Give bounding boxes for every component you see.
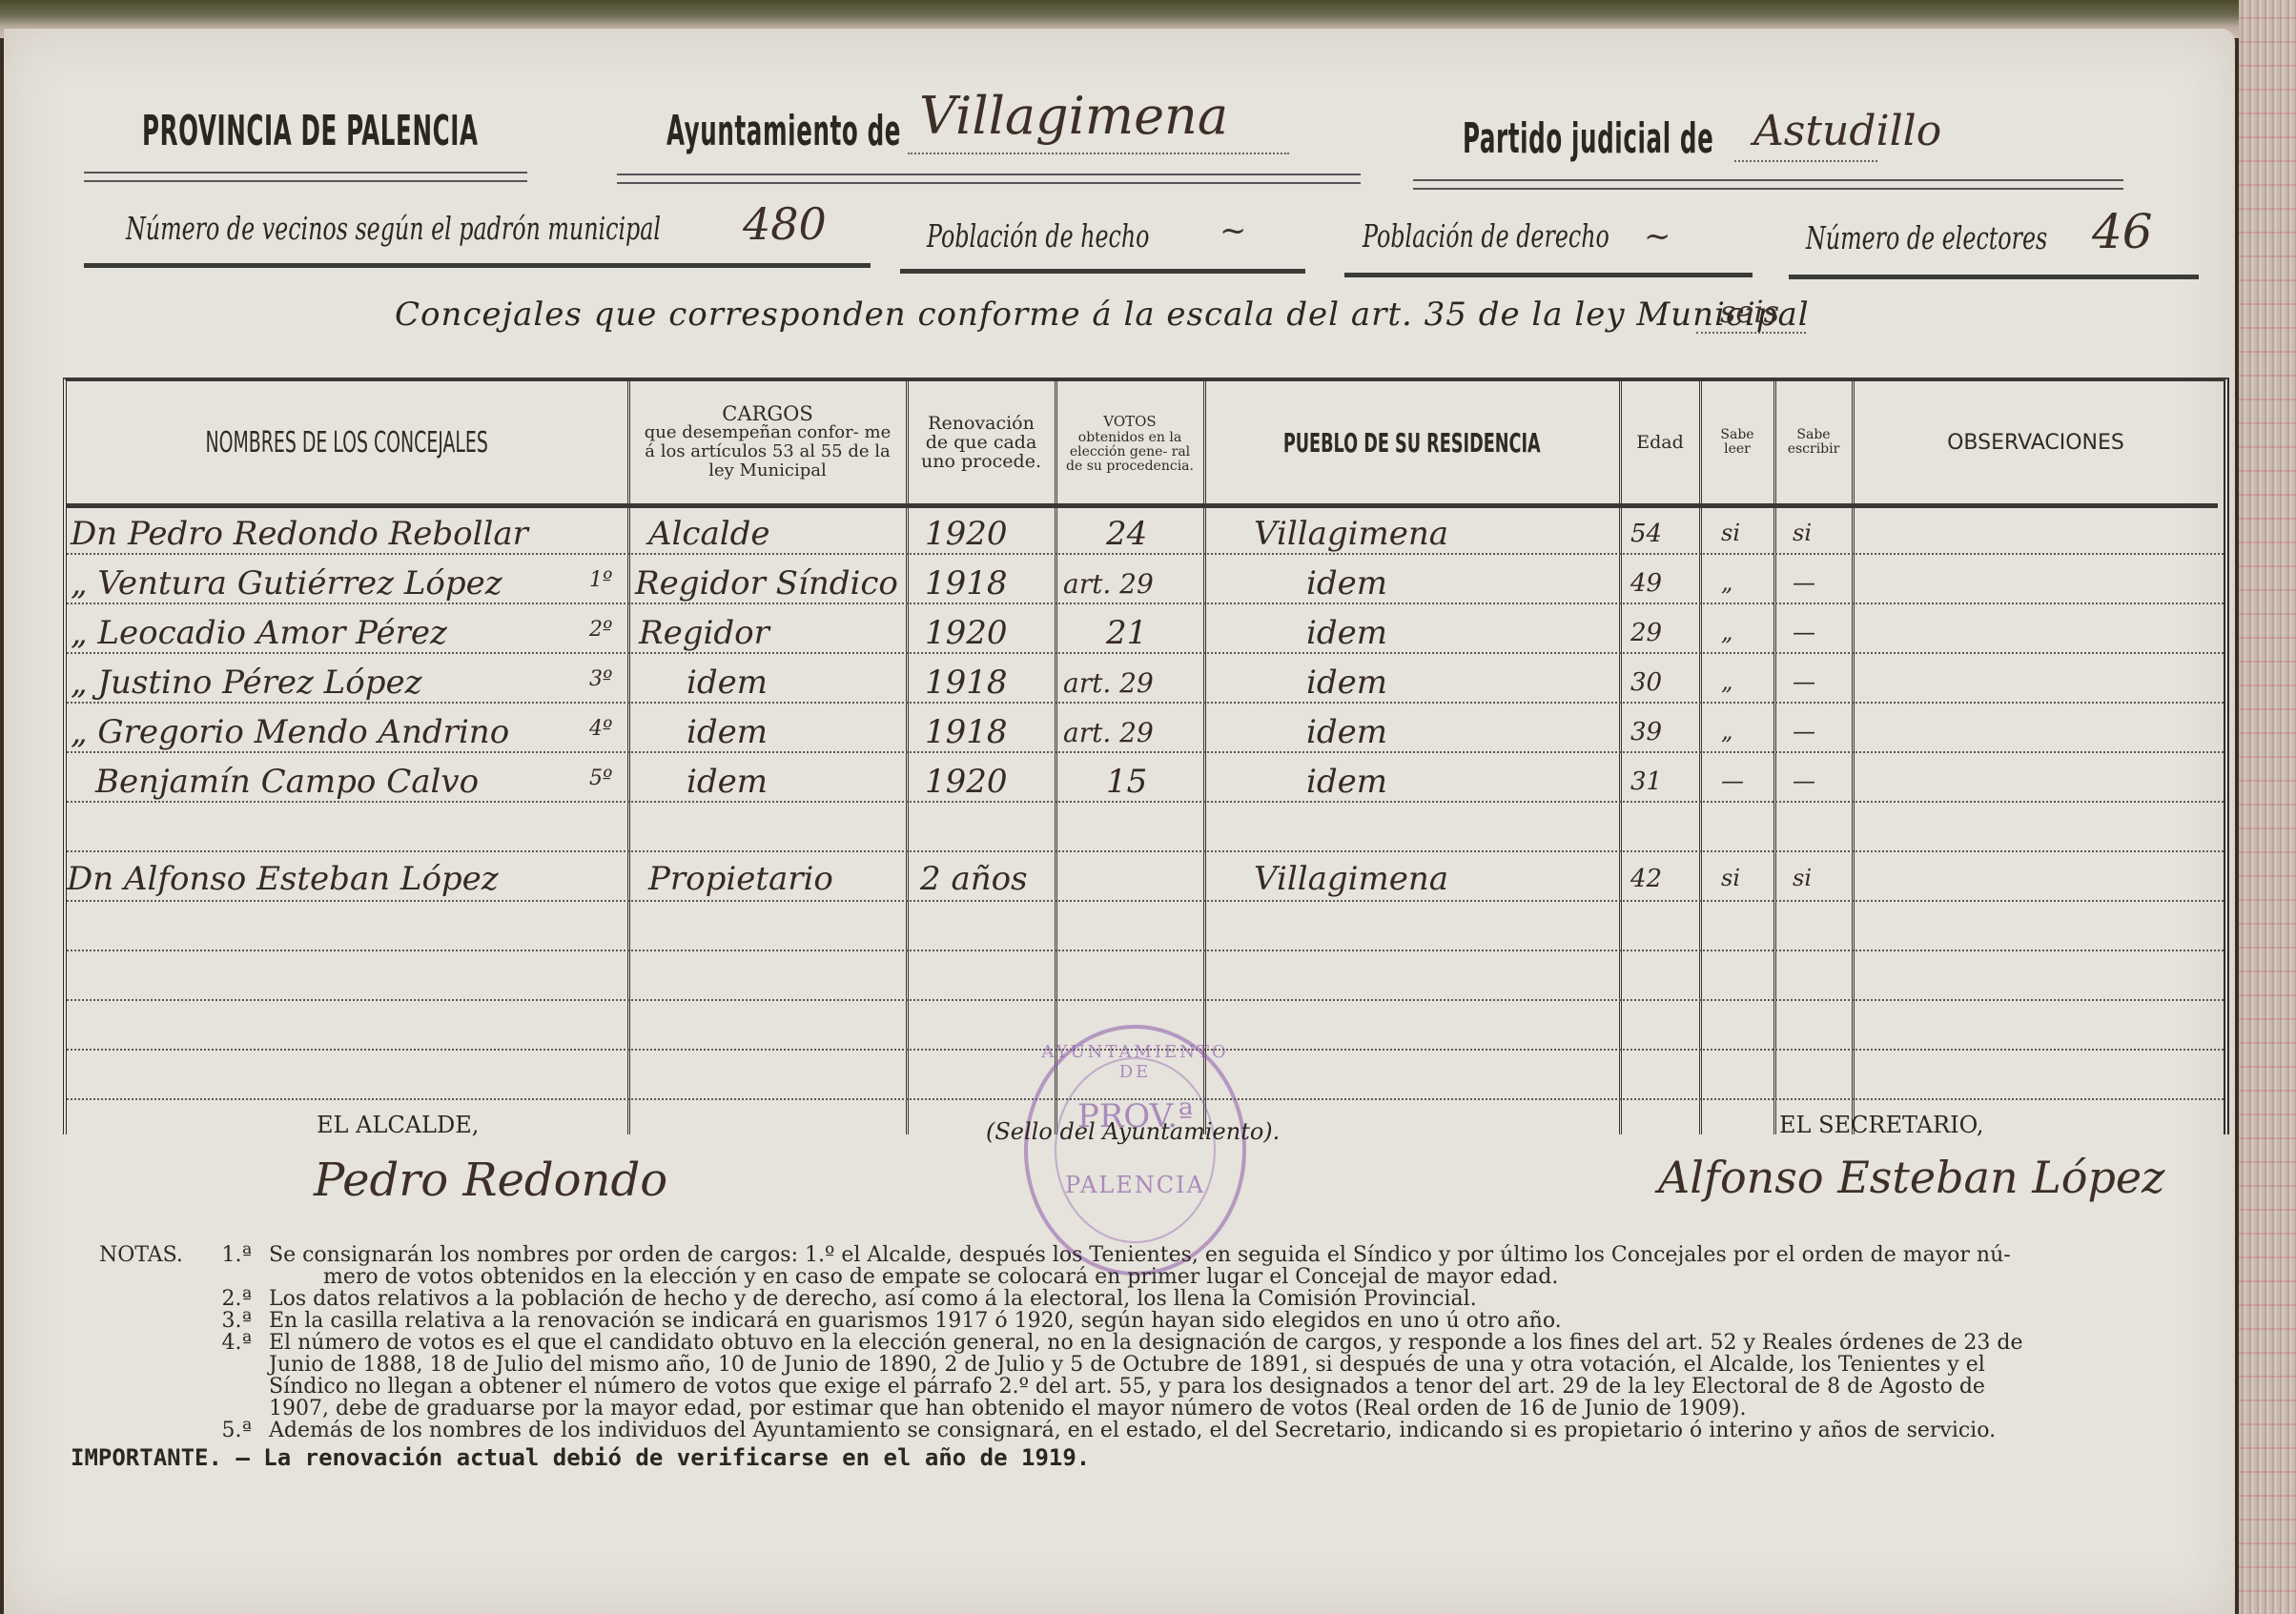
alcalde-label: EL ALCALDE, [317,1112,479,1138]
header-underline [67,503,2218,508]
stats-rule [900,269,1305,274]
partido-dotline [1734,160,1877,162]
cell-renovacion: 1918 [925,713,1008,751]
alcalde-signature: Pedro Redondo [314,1154,667,1207]
cell-cargo: idem [687,664,768,702]
notes-section: NOTAS. 1.ª Se consignarán los nombres po… [99,1244,2225,1441]
cell-leer: „ [1721,668,1732,695]
note-num: 1.ª [195,1244,269,1266]
cell-edad: 30 [1630,668,1662,697]
cell-renovacion: 1918 [925,564,1008,603]
cell-leer: si [1721,520,1740,546]
ayuntamiento-label: Ayuntamiento de [666,107,901,155]
note-item: 3.ª En la casilla relativa a la renovaci… [99,1310,2225,1332]
cell-pueblo: idem [1306,763,1387,801]
stats-rule [1789,275,2199,279]
poblacion-hecho-label: Población de hecho [927,217,1149,255]
cell-cargo: Alcalde [648,515,770,553]
note-num: 4.ª [195,1332,269,1354]
header-rule [1413,179,2123,190]
poblacion-derecho-value: ~ [1644,217,1671,255]
cell-pueblo: idem [1306,564,1387,603]
cell-votos: art. 29 [1063,568,1154,600]
row-line [67,850,2224,852]
row-line [67,553,2224,555]
cell-edad: 29 [1630,619,1662,647]
electores-label: Número de electores [1806,219,2047,256]
notes-label: NOTAS. [99,1244,195,1266]
concejales-label: Concejales que corresponden conforme á l… [395,296,1810,334]
note-item: Junio de 1888, 18 de Julio del mismo año… [99,1354,2225,1376]
th-renovacion: Renovación de que cada uno procede. [908,381,1055,503]
concejales-table: NOMBRES DE LOS CONCEJALES CARGOS que des… [63,378,2229,1134]
cell-renovacion: 1920 [925,763,1008,801]
cell-orden: 2º [589,618,612,642]
th-cargos-sub: que desempeñan confor- me á los artículo… [639,423,896,480]
cell-cargo: Regidor Síndico [635,564,898,603]
cell-escribir: — [1793,619,1815,645]
cell-votos: 21 [1106,614,1147,652]
th-votos: VOTOS obtenidos en la elección gene- ral… [1056,381,1203,503]
th-sabe-escribir-text: Sabe escribir [1780,428,1847,457]
th-pueblo-text: PUEBLO DE SU RESIDENCIA [1283,427,1541,459]
vecinos-label: Número de vecinos según el padrón munici… [126,210,661,247]
cell-votos: art. 29 [1063,667,1154,699]
th-observaciones-text: OBSERVACIONES [1947,431,2124,455]
row-line [67,603,2224,604]
concejales-dotline [1696,332,1806,334]
cell-escribir: si [1793,865,1812,891]
row-line [67,652,2224,654]
th-sabe-leer: Sabe leer [1701,381,1773,503]
cell-leer: „ [1721,718,1732,745]
cell-nombre: „ Gregorio Mendo Andrino [71,713,509,751]
cell-leer: „ [1721,569,1732,596]
provincia-title: PROVINCIA DE PALENCIA [142,107,479,155]
stamp-bottom-text: PALENCIA [1028,1172,1242,1198]
th-cargos-title: CARGOS [722,404,812,423]
stamp-inner-ring [1055,1057,1216,1243]
cell-orden: 4º [589,717,612,741]
th-pueblo: PUEBLO DE SU RESIDENCIA [1205,381,1619,503]
note-item: 1907, debe de graduarse por la mayor eda… [99,1398,2225,1420]
note-item: 5.ª Además de los nombres de los individ… [99,1420,2225,1441]
cell-cargo: idem [687,713,768,751]
cell-orden: 5º [589,766,612,790]
cell-renovacion: 2 años [920,860,1028,898]
cell-edad: 31 [1630,767,1662,796]
th-observaciones: OBSERVACIONES [1854,381,2218,503]
cell-orden: 1º [589,568,612,592]
note-item: 4.ª El número de votos es el que el cand… [99,1332,2225,1354]
cell-orden: 3º [589,667,612,691]
cell-renovacion: 1920 [925,515,1008,553]
note-item: NOTAS. 1.ª Se consignarán los nombres po… [99,1244,2225,1266]
partido-value: Astudillo [1753,107,1941,155]
concejales-value: seis [1720,294,1779,330]
note-text: Se consignarán los nombres por orden de … [269,1244,2225,1266]
cell-pueblo: idem [1306,664,1387,702]
header-rule [617,174,1361,184]
cell-escribir: si [1793,520,1812,546]
cell-edad: 39 [1630,718,1662,746]
cell-escribir: — [1793,767,1815,794]
sello-label: (Sello del Ayuntamiento). [986,1118,1280,1145]
note-text: mero de votos obtenidos en la elección y… [323,1266,2225,1288]
secretario-signature: Alfonso Esteban López [1658,1152,2164,1203]
note-text: Síndico no llegan a obtener el número de… [269,1376,2225,1398]
importante-text: — La renovación actual debió de verifica… [236,1444,1090,1471]
cell-nombre: Dn Alfonso Esteban López [67,860,499,898]
cell-escribir: — [1793,668,1815,695]
cell-escribir: — [1793,718,1815,745]
note-num: 2.ª [195,1288,269,1310]
cell-pueblo: idem [1306,614,1387,652]
stats-rule [84,263,871,268]
row-line [67,900,2224,902]
th-votos-title: VOTOS [1103,412,1156,431]
cell-votos: art. 29 [1063,717,1154,748]
th-edad-text: Edad [1636,433,1684,452]
cell-nombre: „ Leocadio Amor Pérez [71,614,447,652]
cell-leer: — [1721,767,1744,794]
cell-pueblo: Villagimena [1254,860,1448,898]
cell-cargo: idem [687,763,768,801]
stamp-ring-text: AYUNTAMIENTO DE [1028,1042,1242,1082]
th-cargos: CARGOS que desempeñan confor- me á los a… [629,381,906,503]
row-line [67,751,2224,753]
note-item: Síndico no llegan a obtener el número de… [99,1376,2225,1398]
cell-votos: 15 [1106,763,1147,801]
th-nombres-text: NOMBRES DE LOS CONCEJALES [206,426,488,460]
th-sabe-escribir: Sabe escribir [1775,381,1852,503]
row-line [67,950,2224,951]
row-line [67,702,2224,704]
cell-pueblo: Villagimena [1254,515,1448,553]
stats-rule [1344,273,1753,277]
cell-renovacion: 1920 [925,614,1008,652]
th-votos-sub: obtenidos en la elección gene- ral de su… [1063,431,1197,474]
th-nombres: NOMBRES DE LOS CONCEJALES [67,381,627,503]
th-edad: Edad [1621,381,1699,503]
book-page-edges [2239,0,2296,1614]
ayuntamiento-stamp: AYUNTAMIENTO DE PROV.ª PALENCIA [1024,1025,1246,1276]
note-text: El número de votos es el que el candidat… [269,1332,2225,1354]
th-sabe-leer-text: Sabe leer [1713,428,1761,457]
ayuntamiento-value: Villagimena [919,86,1228,146]
cell-edad: 42 [1630,865,1662,893]
poblacion-hecho-value: ~ [1220,212,1247,250]
ayuntamiento-dotline [908,153,1289,154]
poblacion-derecho-label: Población de derecho [1363,217,1609,255]
th-renovacion-text: Renovación de que cada uno procede. [914,414,1048,471]
row-line [67,801,2224,803]
cell-nombre: „ Ventura Gutiérrez López [71,564,502,603]
cell-renovacion: 1918 [925,664,1008,702]
cell-nombre: Dn Pedro Redondo Rebollar [71,515,528,553]
importante-label: IMPORTANTE. [71,1444,222,1471]
note-text: Los datos relativos a la población de he… [269,1288,2225,1310]
electores-value: 46 [2092,204,2153,259]
cell-edad: 49 [1630,569,1662,598]
note-text: 1907, debe de graduarse por la mayor eda… [269,1398,2225,1420]
row-line [67,999,2224,1001]
form-page: PROVINCIA DE PALENCIA Ayuntamiento de Vi… [4,29,2235,1614]
partido-label: Partido judicial de [1463,114,1713,163]
cell-escribir: — [1793,569,1815,596]
note-text: Junio de 1888, 18 de Julio del mismo año… [269,1354,2225,1376]
cell-nombre: „ Justino Pérez López [71,664,422,702]
header-rule [84,172,527,182]
cell-votos: 24 [1106,515,1147,553]
note-text: Además de los nombres de los individuos … [269,1420,2225,1441]
importante-note: IMPORTANTE. — La renovación actual debió… [71,1444,1090,1471]
cell-pueblo: idem [1306,713,1387,751]
vecinos-value: 480 [743,198,827,250]
note-num: 3.ª [195,1310,269,1332]
cell-leer: si [1721,865,1740,891]
note-item: mero de votos obtenidos en la elección y… [99,1266,2225,1288]
cell-cargo: Regidor [639,614,769,652]
cell-nombre: Benjamín Campo Calvo [95,763,479,801]
note-num: 5.ª [195,1420,269,1441]
note-item: 2.ª Los datos relativos a la población d… [99,1288,2225,1310]
cell-leer: „ [1721,619,1732,645]
secretario-label: EL SECRETARIO, [1779,1112,1983,1138]
cell-edad: 54 [1630,520,1662,548]
note-text: En la casilla relativa a la renovación s… [269,1310,2225,1332]
cell-cargo: Propietario [648,860,833,898]
